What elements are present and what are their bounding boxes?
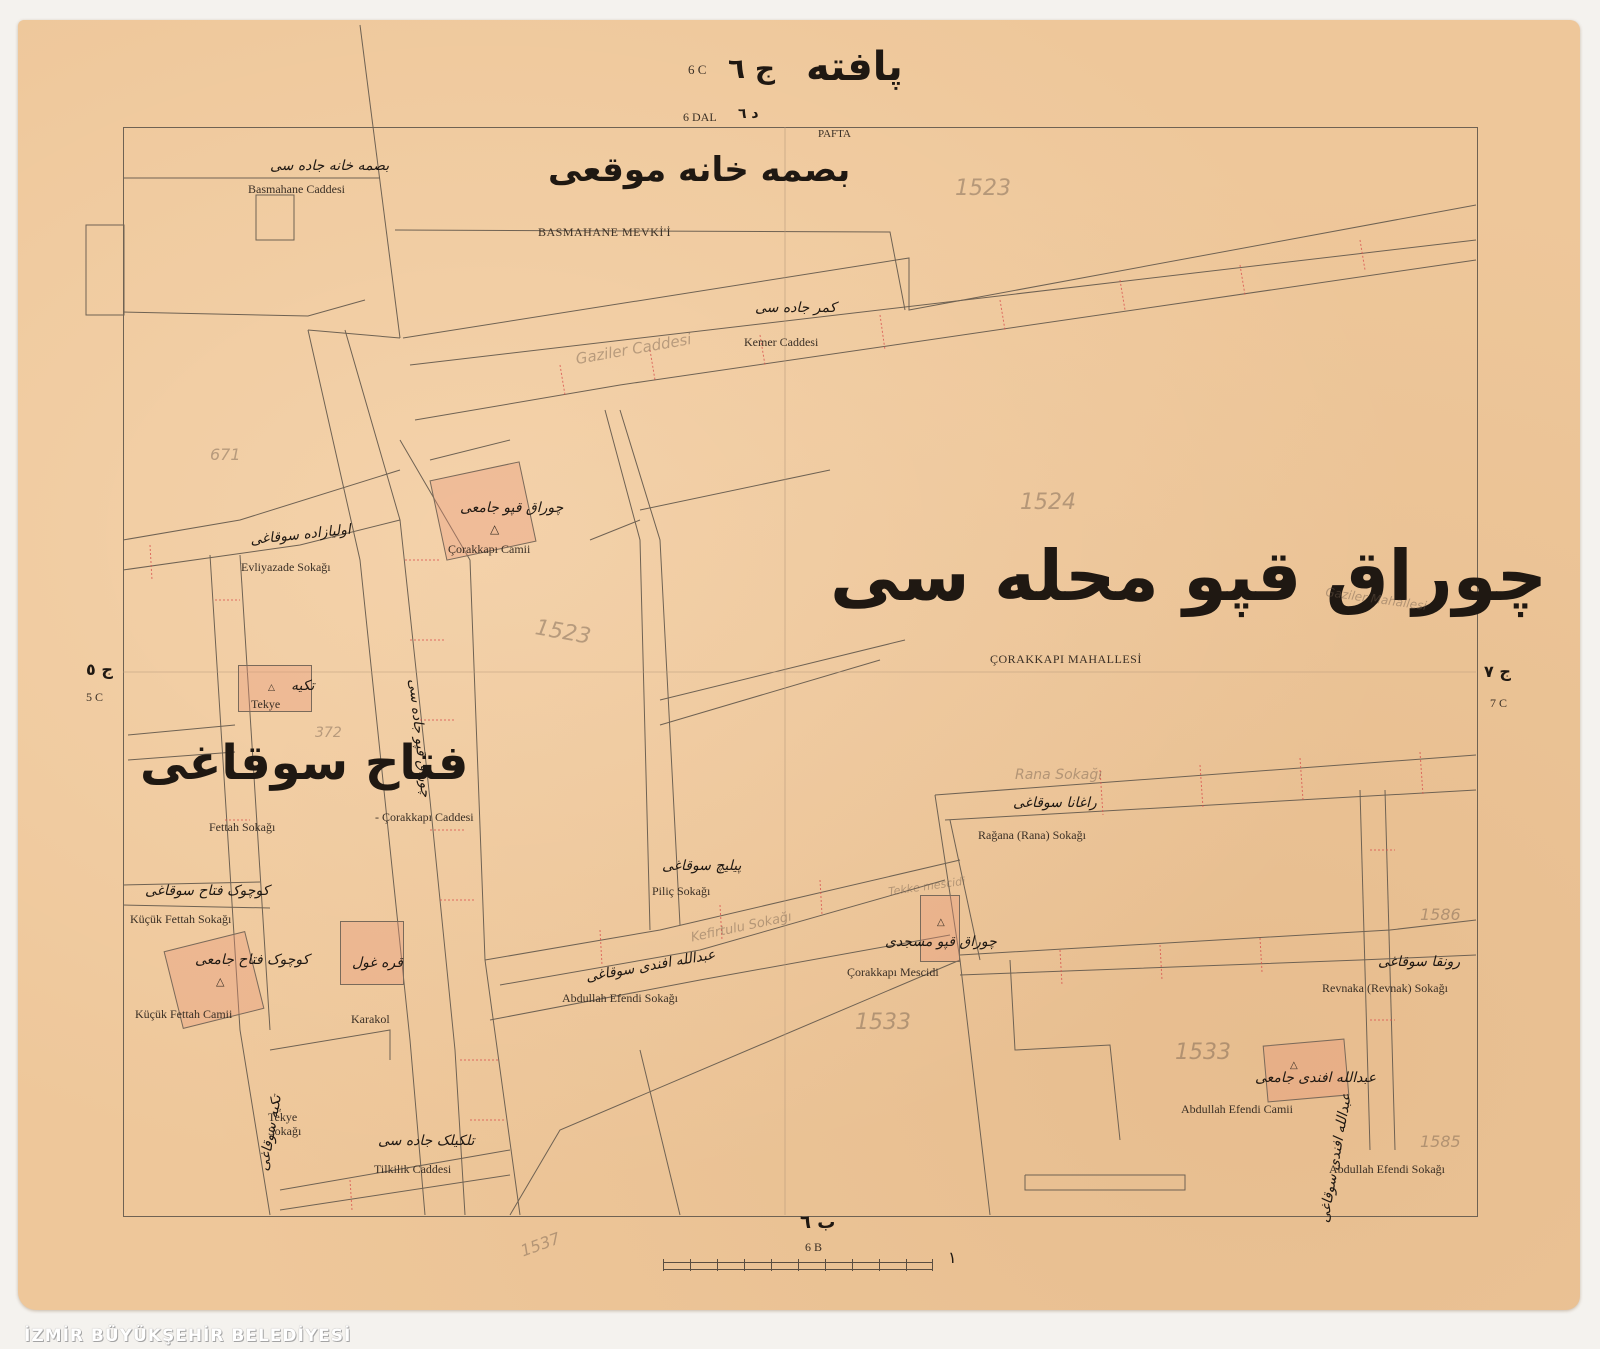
sheet-code-right-ottoman: ج ٧ (1484, 662, 1511, 681)
street-tekye-sokagi: Tekye Sokağı (268, 1110, 308, 1138)
street-abdullah-efendi-sokagi-2: Abdullah Efendi Sokağı (1329, 1162, 1445, 1177)
neighbourhood-title-ottoman: چوراق قپو محله سی (830, 535, 1547, 617)
mosque-icon: △ (216, 975, 224, 988)
sheet-code-top-sub-ottoman: د ٦ (738, 106, 759, 122)
building-tekye-ottoman: تکیه (291, 678, 314, 694)
building-corakkapi-mescidi-ottoman: چوراق قپو مسجدی (885, 934, 997, 950)
street-ragana-ottoman: راغانا سوقاغی (1013, 795, 1097, 811)
sheet-code-top-ottoman: ج ٦ (728, 52, 775, 85)
scale-bar (663, 1262, 933, 1270)
scale-mark: ١ (948, 1248, 957, 1267)
pafta-label: PAFTA (818, 128, 851, 140)
pafta-calligraphy: پافته (806, 44, 903, 90)
building-kucuk-fettah-camii-label: Küçük Fettah Camii (135, 1007, 232, 1022)
parcel-number: 1585 (1420, 1132, 1461, 1151)
sheet-code-top: 6 C (688, 62, 706, 78)
sheet-code-bottom: 6 B (805, 1240, 822, 1255)
street-fettah-sokagi: Fettah Sokağı (209, 820, 275, 835)
building-karakol-ottoman: قره غول (352, 955, 403, 971)
building-abdullah-efendi-camii-ottoman: عبدالله افندی جامعی (1255, 1070, 1376, 1086)
sheet-code-left-ottoman: ج ٥ (86, 660, 113, 679)
building-tekye-label: Tekye (251, 697, 280, 712)
street-corakkapi-caddesi: - Çorakkapı Caddesi (375, 810, 474, 825)
sheet-code-left: 5 C (86, 690, 103, 705)
street-abdullah-efendi-sokagi: Abdullah Efendi Sokağı (562, 991, 678, 1006)
parcel-number: 1533 (1175, 1040, 1231, 1065)
pencil-note: Rana Sokağı (1015, 767, 1102, 783)
mosque-icon: △ (490, 522, 499, 537)
street-fettah-ottoman: فتاح سوقاغی (140, 735, 468, 791)
street-kemer-caddesi: Kemer Caddesi (744, 335, 818, 350)
mosque-icon: △ (1290, 1060, 1298, 1071)
street-ragana-sokagi: Rağana (Rana) Sokağı (978, 828, 1086, 843)
mosque-icon: △ (937, 917, 945, 928)
street-kucuk-fettah-sokagi: Küçük Fettah Sokağı (130, 912, 231, 927)
area-basmahane-label: BASMAHANE MEVKİ'İ (538, 225, 671, 240)
building-abdullah-efendi-camii-label: Abdullah Efendi Camii (1181, 1102, 1293, 1117)
street-revnak-sokagi: Revnaka (Revnak) Sokağı (1322, 981, 1448, 996)
building-kucuk-fettah-camii-ottoman: کوچوک فتاح جامعی (195, 952, 309, 968)
building-karakol-label: Karakol (351, 1012, 390, 1027)
street-kucuk-fettah-ottoman: کوچوک فتاح سوقاغی (145, 883, 269, 899)
parcel-number: 1523 (955, 176, 1011, 201)
building-corakkapi-camii-ottoman: چوراق قپو جامعی (460, 500, 563, 516)
parcel-number: 671 (210, 445, 241, 464)
tekke-icon: △ (268, 682, 275, 693)
area-basmahane-ottoman: بصمه خانه موقعی (548, 150, 850, 190)
parcel-number: 1586 (1420, 905, 1461, 924)
street-evliyazade-sokagi: Evliyazade Sokağı (241, 560, 331, 575)
street-kemer-ottoman: کمر جاده سی (755, 300, 836, 316)
street-tilkilik-ottoman: تلکیلک جاده سی (378, 1133, 474, 1149)
street-tilkilik-caddesi: Tilkilik Caddesi (374, 1162, 451, 1177)
neighbourhood-title: ÇORAKKAPI MAHALLESİ (990, 652, 1142, 667)
sheet-code-right: 7 C (1490, 696, 1507, 711)
parcel-number: 372 (315, 725, 342, 741)
building-corakkapi-mescidi (920, 895, 960, 962)
parcel-number: 1524 (1020, 490, 1076, 515)
sheet-code-top-sub: 6 DAL (683, 110, 717, 125)
building-corakkapi-mescidi-label: Çorakkapı Mescidi (847, 965, 939, 980)
street-pilic-sokagi: Piliç Sokağı (652, 884, 710, 899)
street-basmahane-caddesi: Basmahane Caddesi (248, 182, 345, 197)
sheet-code-bottom-ottoman: ب ٦ (800, 1212, 835, 1233)
street-basmahane-ottoman: بصمه خانه جاده سی (270, 158, 389, 174)
building-corakkapi-camii-label: Çorakkapı Camii (448, 542, 530, 557)
street-pilic-ottoman: پیلیچ سوقاغی (662, 858, 741, 874)
institution-watermark: İZMİR BÜYÜKŞEHİR BELEDİYESİ (24, 1326, 351, 1346)
parcel-number: 1533 (855, 1010, 911, 1035)
building-karakol (340, 921, 404, 985)
street-revnak-ottoman: رونقا سوقاغی (1378, 954, 1460, 970)
